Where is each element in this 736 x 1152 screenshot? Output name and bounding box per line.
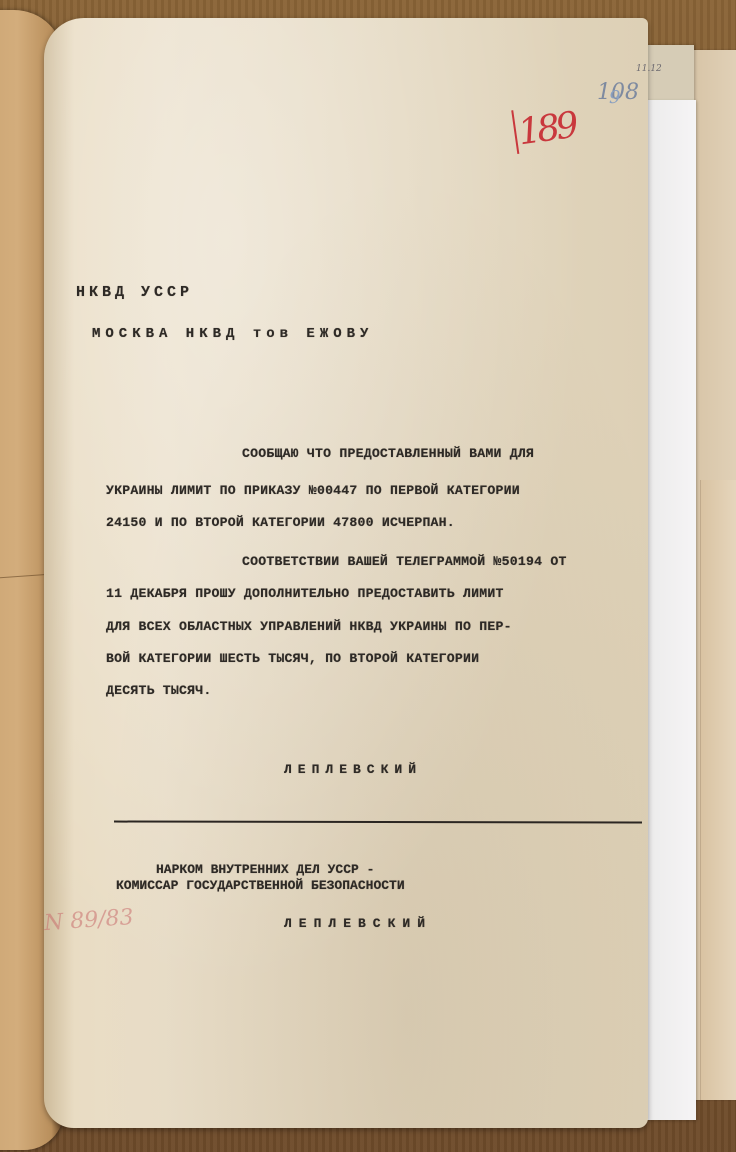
paragraph-1-line-3: 24150 И ПО ВТОРОЙ КАТЕГОРИИ 47800 ИСЧЕРП… [106,515,455,530]
paragraph-2-line-2: 11 ДЕКАБРЯ ПРОШУ ДОПОЛНИТЕЛЬНО ПРЕДОСТАВ… [106,586,504,601]
margin-handwritten-note: N 89/83 [43,905,134,936]
folded-paper-strip [700,480,736,1100]
paragraph-2-line-4: ВОЙ КАТЕГОРИИ ШЕСТЬ ТЫСЯЧ, ПО ВТОРОЙ КАТ… [106,651,479,666]
paragraph-1-line-1: СООБЩАЮ ЧТО ПРЕДОСТАВЛЕННЫЙ ВАМИ ДЛЯ [242,446,534,461]
paragraph-2-line-1: СООТВЕТСТВИИ ВАШЕЙ ТЕЛЕГРАММОЙ №50194 ОТ [242,554,567,569]
document-page: 11.12 189 108 НКВД УССР МОСКВА НКВД тов … [44,18,648,1128]
red-folio-number: 189 [511,102,577,154]
pencil-small-number: 9 [609,87,620,108]
signature: ЛЕПЛЕВСКИЙ [284,762,422,777]
paragraph-2-line-3: ДЛЯ ВСЕХ ОБЛАСТНЫХ УПРАВЛЕНИЙ НКВД УКРАИ… [106,619,512,634]
paragraph-1-line-2: УКРАИНЫ ЛИМИТ ПО ПРИКАЗУ №00447 ПО ПЕРВО… [106,483,520,498]
white-insert-sheet [646,100,696,1120]
divider-line [114,821,642,824]
footer-title-line-1: НАРКОМ ВНУТРЕННИХ ДЕЛ УССР - [156,862,374,877]
top-pencil-mark: 11.12 [636,64,662,74]
footer-name: ЛЕПЛЕВСКИЙ [284,916,432,931]
footer-title-line-2: КОМИССАР ГОСУДАРСТВЕННОЙ БЕЗОПАСНОСТИ [116,878,405,893]
recipient-line: МОСКВА НКВД тов ЕЖОВУ [92,326,373,342]
sender-line: НКВД УССР [76,284,193,301]
paragraph-2-line-5: ДЕСЯТЬ ТЫСЯЧ. [106,683,211,698]
